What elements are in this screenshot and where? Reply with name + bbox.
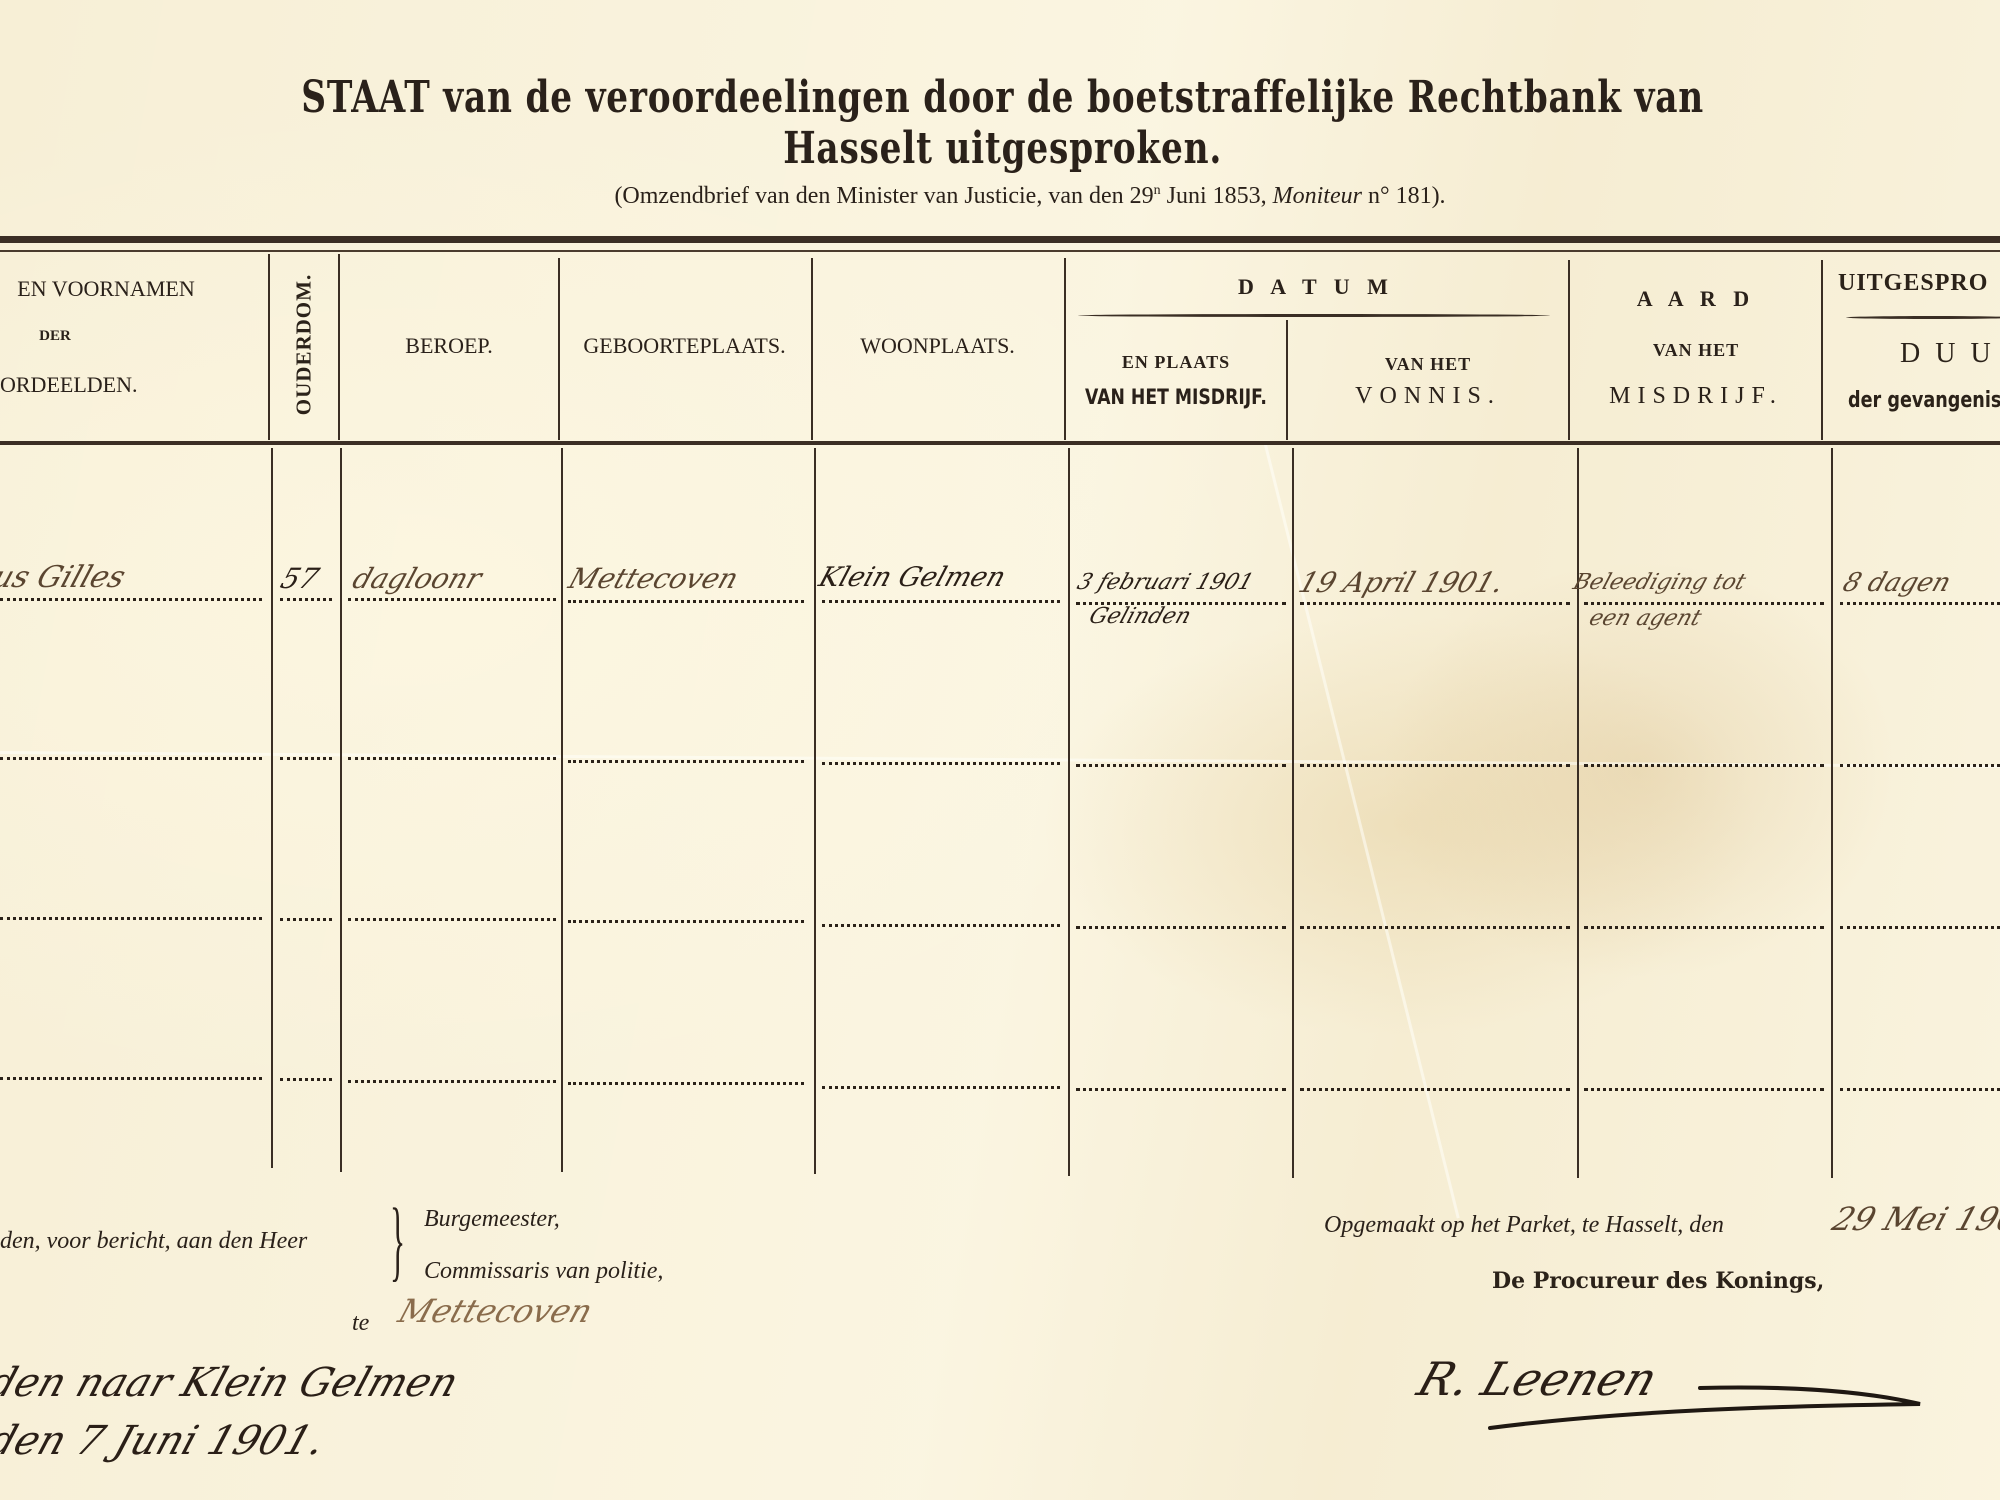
footer-te-value: Mettecoven bbox=[394, 1292, 598, 1330]
row-1-type-dotline bbox=[1584, 602, 1824, 605]
column-divider bbox=[268, 254, 270, 440]
subtitle-text: n° 181). bbox=[1362, 183, 1446, 209]
header-uitgesproken: UITGESPRO bbox=[1838, 270, 1988, 297]
column-divider bbox=[1831, 448, 1833, 1178]
header-verdict-line2: VONNIS. bbox=[1288, 383, 1568, 410]
row-1-occupation-dotline bbox=[348, 598, 556, 601]
row-3-birthplace-dotline bbox=[568, 920, 804, 923]
row-4-duration-dotline bbox=[1840, 1088, 2000, 1091]
row-2-offense-dotline bbox=[1076, 764, 1286, 767]
row-4-offense-dotline bbox=[1076, 1088, 1286, 1091]
header-rule-thin bbox=[0, 250, 2000, 252]
column-divider bbox=[340, 448, 342, 1172]
row-1-residence-dotline bbox=[822, 600, 1060, 603]
column-divider bbox=[1286, 320, 1288, 440]
header-names-line1: EN VOORNAMEN bbox=[0, 276, 212, 302]
row-3-name-dotline bbox=[0, 917, 262, 920]
row-4-age-dotline bbox=[280, 1078, 332, 1081]
row-3-residence-dotline bbox=[822, 924, 1060, 927]
footer-made-date: 29 Mei 1901 bbox=[1828, 1200, 2000, 1238]
column-divider bbox=[271, 448, 273, 1168]
column-divider bbox=[561, 448, 563, 1172]
row-1-name: us Gilles bbox=[0, 560, 130, 595]
row-2-name-dotline bbox=[0, 757, 262, 760]
header-aard-line1: VAN HET bbox=[1570, 340, 1822, 361]
header-offense-line1: EN PLAATS bbox=[1066, 352, 1286, 373]
header-datum: D A T U M bbox=[1066, 274, 1566, 300]
row-2-birthplace-dotline bbox=[568, 760, 804, 763]
footer-te-label: te bbox=[352, 1310, 369, 1337]
document-subtitle: (Omzendbrief van den Minister van Justic… bbox=[0, 183, 2000, 210]
row-2-residence-dotline bbox=[822, 762, 1060, 765]
header-verdict-line1: VAN HET bbox=[1288, 354, 1568, 375]
footer-recipient-commissioner: Commissaris van politie, bbox=[424, 1258, 663, 1285]
row-3-occupation-dotline bbox=[348, 918, 556, 921]
header-offense-line2: VAN HET MISDRIJF. bbox=[1081, 385, 1271, 409]
footer-date-line: den 7 Juni 1901. bbox=[0, 1418, 331, 1464]
column-divider bbox=[1577, 448, 1579, 1178]
row-4-residence-dotline bbox=[822, 1086, 1060, 1089]
row-1-birthplace-dotline bbox=[568, 600, 804, 603]
footer-made-at: Opgemaakt op het Parket, te Hasselt, den bbox=[1324, 1212, 1724, 1239]
header-rule-bottom bbox=[0, 441, 2000, 445]
row-4-type-dotline bbox=[1584, 1088, 1824, 1091]
row-1-offense-place: Gelinden bbox=[1086, 604, 1194, 629]
row-4-name-dotline bbox=[0, 1077, 262, 1080]
row-1-verdict-dotline bbox=[1300, 602, 1570, 605]
row-1-age: 57 bbox=[277, 562, 323, 595]
row-1-duration: 8 dagen bbox=[1839, 568, 1954, 598]
subtitle-text: Juni 1853, bbox=[1161, 183, 1273, 209]
row-1-offense-date: 3 februari 1901 bbox=[1074, 570, 1257, 595]
row-1-name-dotline bbox=[0, 598, 262, 601]
subtitle-moniteur: Moniteur bbox=[1273, 183, 1362, 209]
header-age: OUDERDOM. bbox=[292, 265, 317, 425]
row-1-residence: Klein Gelmen bbox=[815, 562, 1010, 593]
header-rule-heavy bbox=[0, 236, 2000, 243]
row-1-duration-dotline bbox=[1840, 602, 2000, 605]
footer-sent-line: den, voor bericht, aan den Heer bbox=[0, 1228, 307, 1255]
row-1-offense-type-line2: een agent bbox=[1586, 606, 1705, 631]
row-2-age-dotline bbox=[280, 757, 332, 760]
row-2-occupation-dotline bbox=[348, 757, 556, 760]
footer-forward-line: den naar Klein Gelmen bbox=[0, 1360, 464, 1406]
header-duur: D U U R bbox=[1900, 338, 2000, 370]
row-4-occupation-dotline bbox=[348, 1080, 556, 1083]
column-divider bbox=[814, 448, 816, 1174]
signature-flourish-icon bbox=[1480, 1380, 1940, 1440]
header-names-line2: DER bbox=[0, 328, 110, 345]
row-4-verdict-dotline bbox=[1300, 1088, 1570, 1091]
row-1-birthplace: Mettecoven bbox=[565, 562, 743, 595]
row-2-verdict-dotline bbox=[1300, 764, 1570, 767]
brace-icon: } bbox=[390, 1196, 405, 1286]
row-3-duration-dotline bbox=[1840, 926, 2000, 929]
row-1-offense-type-line1: Beleediging tot bbox=[1570, 570, 1749, 595]
row-3-verdict-dotline bbox=[1300, 926, 1570, 929]
column-divider bbox=[1292, 448, 1294, 1178]
header-names-line3: ORDEELDEN. bbox=[0, 372, 175, 398]
row-2-type-dotline bbox=[1584, 764, 1824, 767]
column-divider bbox=[1068, 448, 1070, 1176]
header-duur-sub: der gevangeniss bbox=[1848, 388, 2000, 413]
header-birthplace: GEBOORTEPLAATS. bbox=[558, 333, 811, 359]
row-3-type-dotline bbox=[1584, 926, 1824, 929]
document-title: STAAT van de veroordeelingen door de boe… bbox=[223, 72, 1783, 174]
subtitle-text: (Omzendbrief van den Minister van Justic… bbox=[614, 183, 1153, 209]
header-uitgesproken-swash bbox=[1846, 316, 2000, 319]
row-3-offense-dotline bbox=[1076, 926, 1286, 929]
header-datum-swash bbox=[1078, 314, 1550, 317]
header-aard: A A R D bbox=[1570, 286, 1822, 312]
row-1-occupation: dagloonr bbox=[349, 562, 486, 595]
header-occupation: BEROEP. bbox=[340, 333, 558, 359]
header-residence: WOONPLAATS. bbox=[811, 333, 1064, 359]
row-1-verdict-date: 19 April 1901. bbox=[1295, 566, 1509, 599]
row-1-age-dotline bbox=[280, 598, 332, 601]
subtitle-superscript: n bbox=[1154, 183, 1161, 198]
header-aard-line2: MISDRIJF. bbox=[1570, 383, 1822, 410]
row-4-birthplace-dotline bbox=[568, 1082, 804, 1085]
row-3-age-dotline bbox=[280, 918, 332, 921]
row-2-duration-dotline bbox=[1840, 764, 2000, 767]
footer-signatory-title: De Procureur des Konings, bbox=[1492, 1268, 1824, 1294]
footer-recipient-mayor: Burgemeester, bbox=[424, 1206, 560, 1233]
